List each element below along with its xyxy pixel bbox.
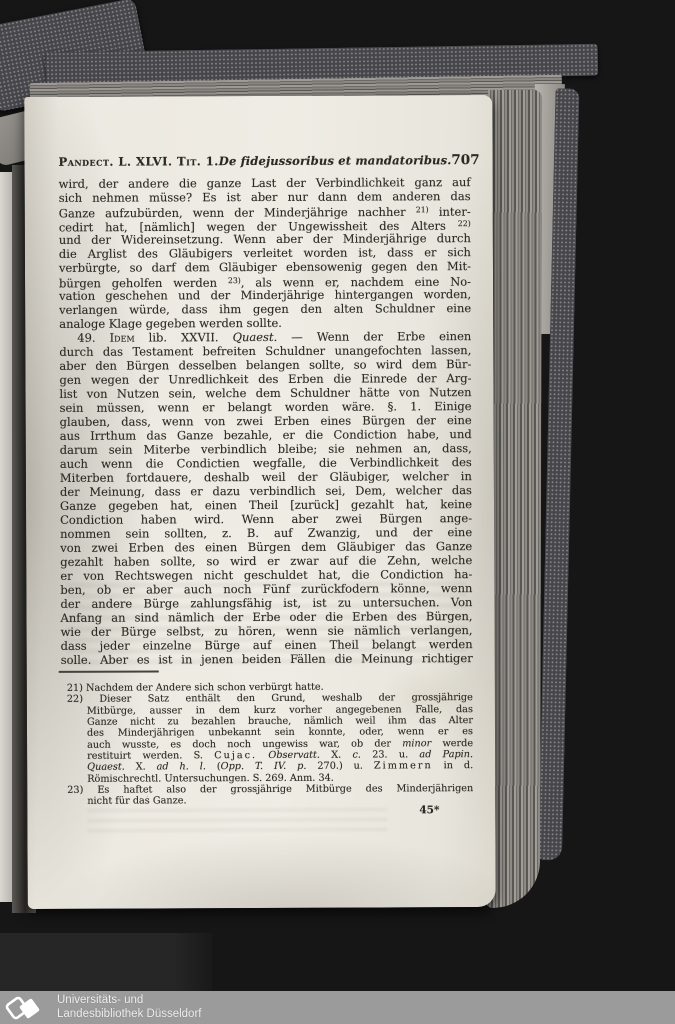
header-title: De fidejussoribus et mandatoribus. xyxy=(219,153,452,168)
text-line: Quaest. X. ad h. l. (Opp. T. IV. p. 270.… xyxy=(67,760,473,773)
library-name-line2: Landesbibliothek Düsseldorf xyxy=(57,1008,201,1022)
footnotes: 21) Nachdem der Andere sich schon verbür… xyxy=(67,681,474,808)
paragraph-49: 49. Idem lib. XXVII. Quaest. — Wenn der … xyxy=(59,329,472,667)
body-text: wird, der andere die ganze Last der Verb… xyxy=(59,175,473,667)
page-number: 707 xyxy=(451,152,479,168)
book-scan-photo: Pandect. L. XLVI. Tit. 1. De fidejussori… xyxy=(0,0,675,1024)
library-banner: Universitäts- und Landesbibliothek Düsse… xyxy=(0,991,675,1024)
signature-mark: 45* xyxy=(419,804,439,816)
header-citation: Pandect. L. XLVI. Tit. 1. xyxy=(58,154,218,169)
text-line: verlangen würde, dass ihm gegen den alte… xyxy=(59,301,471,317)
paragraph-continuation: wird, der andere die ganze Last der Verb… xyxy=(59,175,472,331)
footnote-separator-rule xyxy=(59,670,159,672)
ink-bleedthrough xyxy=(87,807,387,838)
text-line: nicht für das Ganze. xyxy=(67,795,473,808)
library-name-line1: Universitäts- und xyxy=(57,994,201,1008)
text-line: 23) Es haftet also der grossjährige Mitb… xyxy=(67,783,473,796)
text-line: solle. Aber es ist in jenen beiden Fälle… xyxy=(61,651,473,667)
library-name: Universitäts- und Landesbibliothek Düsse… xyxy=(57,994,201,1021)
book-page: Pandect. L. XLVI. Tit. 1. De fidejussori… xyxy=(24,95,496,909)
ulb-duesseldorf-logo-icon xyxy=(5,992,49,1024)
running-header: Pandect. L. XLVI. Tit. 1. De fidejussori… xyxy=(58,152,470,170)
